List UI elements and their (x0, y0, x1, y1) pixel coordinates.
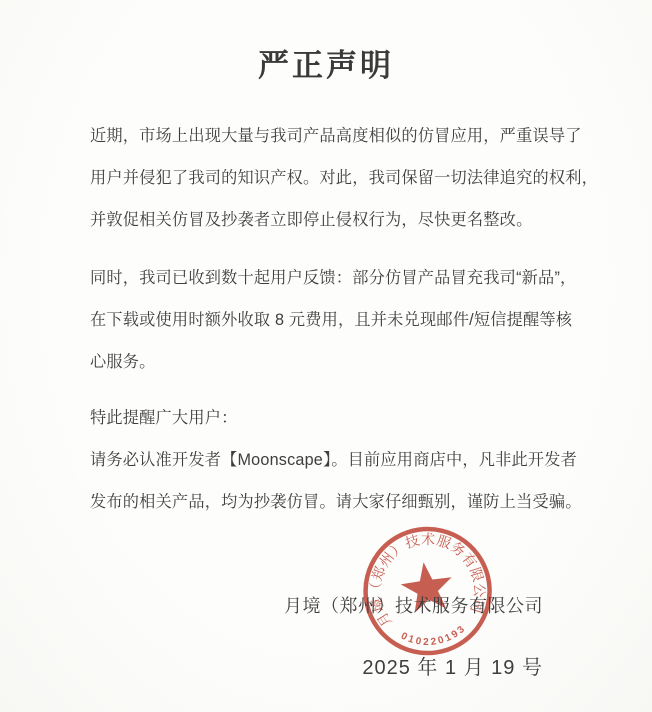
text-line: 特此提醒广大用户： (90, 397, 580, 439)
company-signature: 月境（郑州）技术服务有限公司 (284, 593, 543, 619)
statement-date: 2025 年 1 月 19 号 (362, 654, 543, 682)
text-line: 近期，市场上出现大量与我司产品高度相似的仿冒应用，严重误导了 (90, 115, 580, 157)
paragraph-counterfeit-warning: 近期，市场上出现大量与我司产品高度相似的仿冒应用，严重误导了用户并侵犯了我司的知… (90, 115, 580, 241)
paragraph-user-feedback: 同时，我司已收到数十起用户反馈：部分仿冒产品冒充我司“新品”，在下载或使用时额外… (90, 257, 580, 383)
statement-body: 近期，市场上出现大量与我司产品高度相似的仿冒应用，严重误导了用户并侵犯了我司的知… (90, 115, 580, 523)
paragraph-developer-notice: 请务必认准开发者【Moonscape】。目前应用商店中，凡非此开发者发布的相关产… (90, 439, 580, 523)
text-line: 并敦促相关仿冒及抄袭者立即停止侵权行为，尽快更名整改。 (90, 199, 580, 241)
text-line: 在下载或使用时额外收取 8 元费用，且并未兑现邮件/短信提醒等核 (90, 299, 580, 341)
paragraph-reminder-heading: 特此提醒广大用户： (90, 397, 580, 439)
text-line: 请务必认准开发者【Moonscape】。目前应用商店中，凡非此开发者 (90, 439, 580, 481)
text-line: 用户并侵犯了我司的知识产权。对此，我司保留一切法律追究的权利， (90, 157, 580, 199)
page-title: 严正声明 (0, 46, 652, 86)
svg-text:4101022019301: 4101022019301 (343, 509, 470, 658)
seal-outer-ring (358, 521, 498, 661)
statement-document: 严正声明 近期，市场上出现大量与我司产品高度相似的仿冒应用，严重误导了用户并侵犯… (0, 0, 652, 712)
seal-number: 4101022019301 (343, 509, 470, 658)
text-line: 心服务。 (90, 341, 580, 383)
text-line: 同时，我司已收到数十起用户反馈：部分仿冒产品冒充我司“新品”， (90, 257, 580, 299)
text-line: 发布的相关产品，均为抄袭仿冒。请大家仔细甄别，谨防上当受骗。 (90, 481, 580, 523)
